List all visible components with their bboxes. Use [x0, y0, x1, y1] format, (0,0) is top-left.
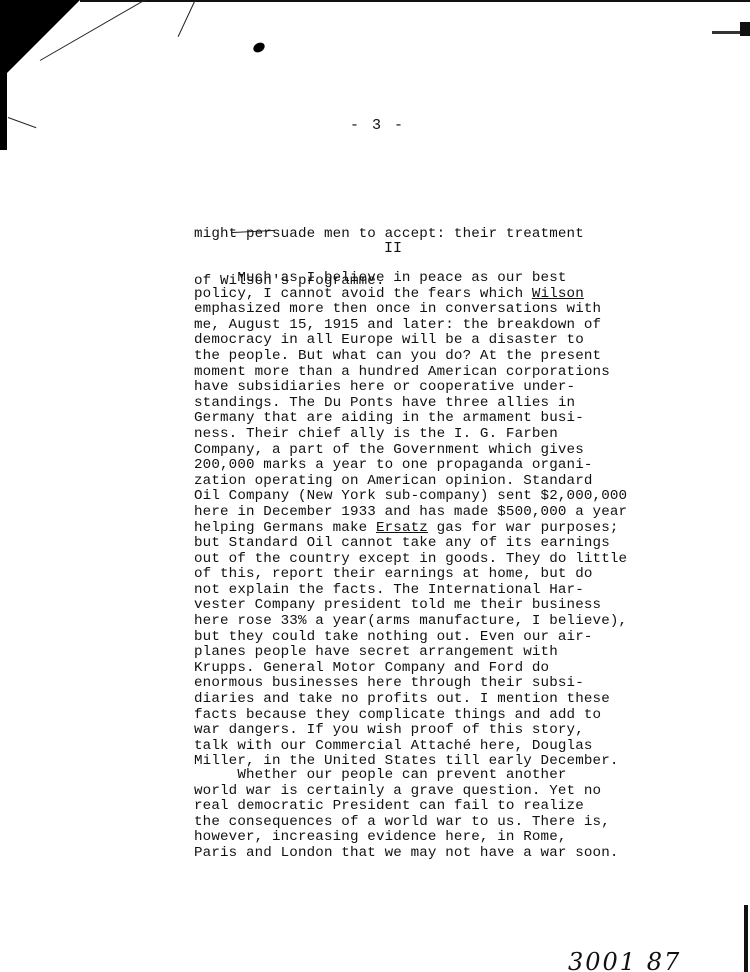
- text-line: but they could take nothing out. Even ou…: [194, 630, 634, 646]
- page-number: - 3 -: [350, 117, 405, 134]
- text-line: Oil Company (New York sub-company) sent …: [194, 489, 634, 505]
- text-line: helping Germans make Ersatz gas for war …: [194, 521, 634, 537]
- text-line: Germany that are aiding in the armament …: [194, 411, 634, 427]
- text-line: war dangers. If you wish proof of this s…: [194, 723, 634, 739]
- text-line: out of the country except in goods. They…: [194, 552, 634, 568]
- text-line: ness. Their chief ally is the I. G. Farb…: [194, 427, 634, 443]
- text-line: of this, report their earnings at home, …: [194, 567, 634, 583]
- section-numeral: II: [384, 240, 402, 257]
- text-line: vester Company president told me their b…: [194, 598, 634, 614]
- paper-fold-line: [8, 117, 37, 128]
- scan-top-edge: [80, 0, 750, 2]
- text-line: enormous businesses here through their s…: [194, 676, 634, 692]
- handwritten-annotation: 3001 87: [568, 948, 681, 972]
- text-line: however, increasing evidence here, in Ro…: [194, 830, 634, 846]
- scan-corner-shadow: [0, 0, 80, 80]
- ink-blot: [252, 41, 267, 55]
- text-line: not explain the facts. The International…: [194, 583, 634, 599]
- text-line: here in December 1933 and has made $500,…: [194, 505, 634, 521]
- text-line: Paris and London that we may not have a …: [194, 846, 634, 862]
- scan-mark: [740, 22, 750, 36]
- scan-left-edge: [0, 0, 7, 150]
- scan-right-binding: [744, 905, 748, 972]
- text-line: have subsidiaries here or cooperative un…: [194, 380, 634, 396]
- text-line: zation operating on American opinion. St…: [194, 474, 634, 490]
- underlined-word: Wilson: [532, 286, 584, 302]
- text-line: planes people have secret arrangement wi…: [194, 645, 634, 661]
- text-line: but Standard Oil cannot take any of its …: [194, 536, 634, 552]
- text-line: moment more than a hundred American corp…: [194, 365, 634, 381]
- text-line: facts because they complicate things and…: [194, 708, 634, 724]
- text-line: Krupps. General Motor Company and Ford d…: [194, 661, 634, 677]
- text-line: might persuade men to accept: their trea…: [194, 227, 634, 243]
- text-line: emphasized more then once in conversatio…: [194, 302, 634, 318]
- paragraph-1: Much as I believe in peace as our bestpo…: [194, 271, 634, 770]
- text-line: diaries and take no profits out. I menti…: [194, 692, 634, 708]
- text-line: policy, I cannot avoid the fears which W…: [194, 287, 634, 303]
- text-line: standings. The Du Ponts have three allie…: [194, 396, 634, 412]
- text-line: the people. But what can you do? At the …: [194, 349, 634, 365]
- text-line: Company, a part of the Government which …: [194, 443, 634, 459]
- text-line: talk with our Commercial Attaché here, D…: [194, 739, 634, 755]
- text-line: world war is certainly a grave question.…: [194, 784, 634, 800]
- text-line: Whether our people can prevent another: [194, 768, 634, 784]
- text-line: 200,000 marks a year to one propaganda o…: [194, 458, 634, 474]
- text-line: democracy in all Europe will be a disast…: [194, 333, 634, 349]
- paper-fold-line: [178, 0, 196, 37]
- scan-mark: [712, 31, 740, 34]
- text-line: here rose 33% a year(arms manufacture, I…: [194, 614, 634, 630]
- text-line: Much as I believe in peace as our best: [194, 271, 634, 287]
- text-line: the consequences of a world war to us. T…: [194, 815, 634, 831]
- paragraph-2: Whether our people can prevent anotherwo…: [194, 768, 634, 862]
- underlined-word: Ersatz: [376, 520, 428, 536]
- text-line: me, August 15, 1915 and later: the break…: [194, 318, 634, 334]
- text-line: real democratic President can fail to re…: [194, 799, 634, 815]
